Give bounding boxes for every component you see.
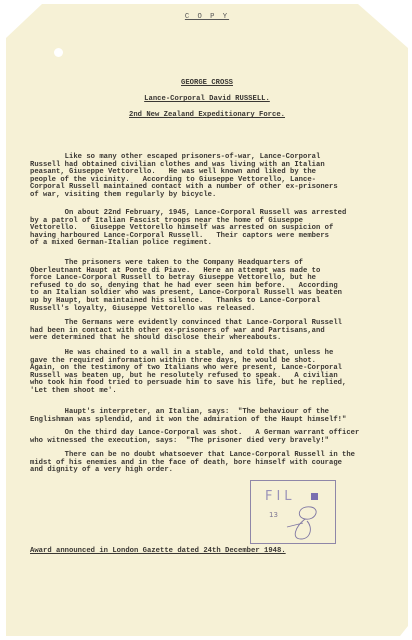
stamp-mark — [311, 493, 318, 500]
award-title: GEORGE CROSS — [6, 80, 408, 88]
signature-scrawl-icon — [281, 503, 327, 543]
recipient-unit: 2nd New Zealand Expeditionary Force. — [6, 112, 408, 120]
copy-mark: C O P Y — [6, 14, 408, 22]
citation-line: Englishman was splendid, and it won the … — [30, 417, 346, 425]
citation-line: Russell's loyalty, Giuseppe Vettorello w… — [30, 306, 255, 314]
recipient-name: Lance-Corporal David RUSSELL. — [6, 96, 408, 104]
file-stamp: FIL 13 — [250, 480, 336, 544]
punch-hole — [54, 48, 63, 57]
document-page: C O P Y GEORGE CROSS Lance-Corporal Davi… — [6, 4, 408, 636]
citation-line: 'Let them shoot me'. — [30, 388, 117, 396]
citation-line: and dignity of a very high order. — [30, 467, 173, 475]
stamp-date: 13 — [269, 511, 278, 519]
citation-line: who witnessed the execution, says: "The … — [30, 438, 329, 446]
citation-line: of a mixed German-Italian police regimen… — [30, 240, 212, 248]
stamp-label: FIL — [265, 489, 296, 504]
award-announcement: Award announced in London Gazette dated … — [30, 548, 286, 556]
citation-line: were determined that he should disclose … — [30, 335, 281, 343]
citation-line: of war, visiting them regularly by bicyc… — [30, 192, 216, 200]
